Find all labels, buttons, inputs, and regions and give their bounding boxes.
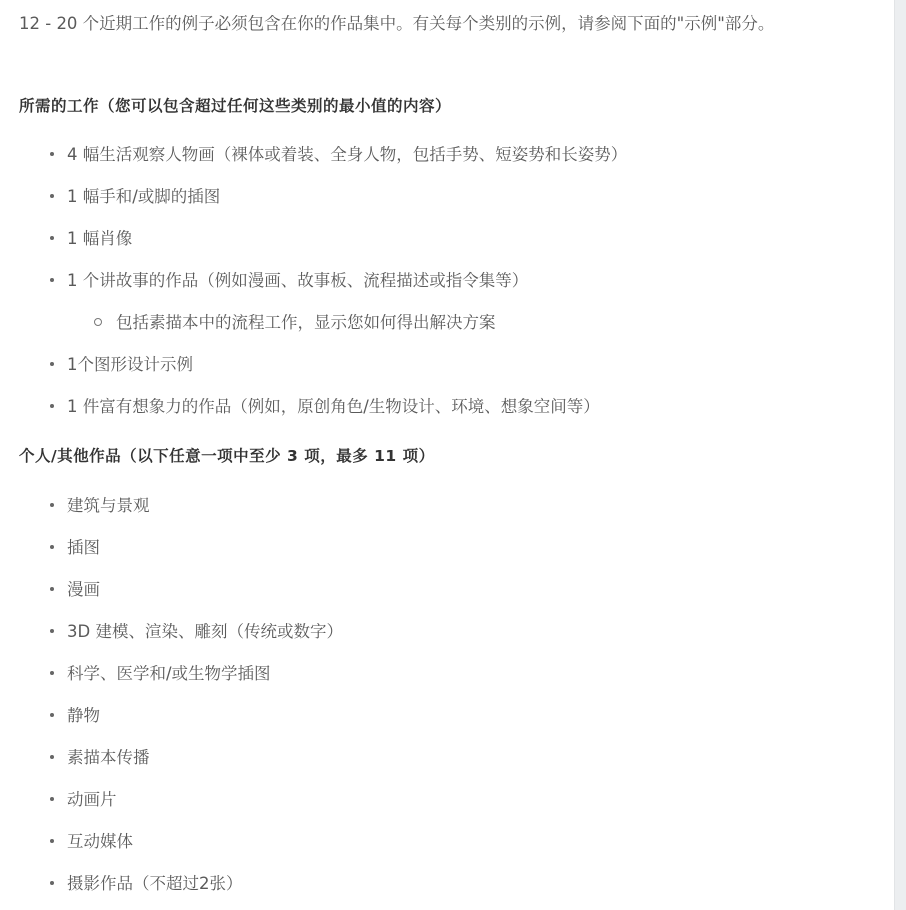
list-item: 插图: [50, 536, 100, 560]
bullet-icon: [50, 278, 54, 282]
list-item: 3D 建模、渲染、雕刻（传统或数字）: [50, 620, 343, 644]
list-item: 漫画: [50, 578, 100, 602]
bullet-icon: [50, 404, 54, 408]
bullet-icon: [50, 152, 54, 156]
bullet-icon: [50, 671, 54, 675]
intro-paragraph: 12 - 20 个近期工作的例子必须包含在你的作品集中。有关每个类别的示例，请参…: [19, 8, 889, 40]
list-item: 1 幅手和/或脚的插图: [50, 185, 220, 209]
list-item: 4 幅生活观察人物画（裸体或着装、全身人物，包括手势、短姿势和长姿势）: [50, 143, 627, 167]
bullet-icon: [50, 362, 54, 366]
list-item: 1 件富有想象力的作品（例如，原创角色/生物设计、环境、想象空间等）: [50, 395, 600, 419]
bullet-icon: [50, 194, 54, 198]
list-item: 摄影作品（不超过2张）: [50, 872, 243, 896]
required-work-heading: 所需的工作（您可以包含超过任何这些类别的最小值的内容）: [19, 94, 451, 116]
bullet-icon: [50, 236, 54, 240]
list-item: 1 个讲故事的作品（例如漫画、故事板、流程描述或指令集等）: [50, 269, 528, 293]
list-item: 互动媒体: [50, 830, 133, 854]
list-item: 静物: [50, 704, 100, 728]
personal-work-heading: 个人/其他作品（以下任意一项中至少 3 项，最多 11 项）: [19, 444, 435, 466]
bullet-icon: [50, 629, 54, 633]
hollow-bullet-icon: [94, 318, 102, 326]
vertical-scrollbar[interactable]: [894, 0, 906, 910]
list-item: 素描本传播: [50, 746, 150, 770]
bullet-icon: [50, 503, 54, 507]
bullet-icon: [50, 755, 54, 759]
list-item: 科学、医学和/或生物学插图: [50, 662, 271, 686]
bullet-icon: [50, 839, 54, 843]
bullet-icon: [50, 713, 54, 717]
bullet-icon: [50, 545, 54, 549]
bullet-icon: [50, 881, 54, 885]
bullet-icon: [50, 587, 54, 591]
list-item: 动画片: [50, 788, 117, 812]
bullet-icon: [50, 797, 54, 801]
list-item: 建筑与景观: [50, 494, 150, 518]
list-item: 1 幅肖像: [50, 227, 132, 251]
sub-list-item: 包括素描本中的流程工作，显示您如何得出解决方案: [94, 311, 496, 335]
list-item: 1个图形设计示例: [50, 353, 193, 377]
